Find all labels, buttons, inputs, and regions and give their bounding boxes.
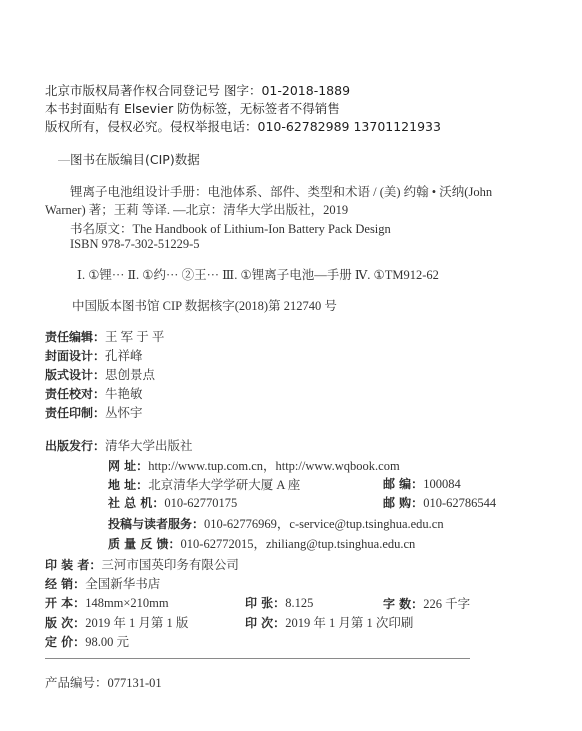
staff-label: 封面设计： xyxy=(45,349,105,363)
staff-label: 责任校对： xyxy=(45,387,105,401)
reader-service-label: 投稿与读者服务： xyxy=(108,517,204,531)
staff-proofreader: 责任校对：牛艳敏 xyxy=(45,384,143,403)
format-label: 开 本： xyxy=(45,596,85,610)
price-row: 定 价：98.00 元 xyxy=(45,632,129,651)
address-row: 地 址：北京清华大学学研大厦 A 座 xyxy=(108,475,300,494)
staff-label: 责任编辑： xyxy=(45,330,105,344)
printer-label: 印 装 者： xyxy=(45,558,101,572)
reader-service-row: 投稿与读者服务：010-62776969，c-service@tup.tsing… xyxy=(108,514,444,533)
words-row: 字 数：226 千字 xyxy=(383,594,470,613)
postcode-row: 邮 编：100084 xyxy=(383,475,461,493)
staff-label: 责任印制： xyxy=(45,406,105,420)
staff-layout-design: 版式设计：思创景点 xyxy=(45,365,155,384)
impression-value: 2019 年 1 月第 1 次印刷 xyxy=(285,616,413,630)
isbn: ISBN 978-7-302-51229-5 xyxy=(70,237,200,252)
product-number: 产品编号：077131-01 xyxy=(45,673,162,691)
postcode-value: 100084 xyxy=(423,477,461,491)
staff-value: 思创景点 xyxy=(105,368,155,382)
edition-value: 2019 年 1 月第 1 版 xyxy=(85,616,188,630)
postcode-label: 邮 编： xyxy=(383,477,423,491)
mail-order-row: 邮 购：010-62786544 xyxy=(383,494,496,512)
sheets-label: 印 张： xyxy=(245,596,285,610)
printer-row: 印 装 者：三河市国英印务有限公司 xyxy=(45,555,239,574)
price-label: 定 价： xyxy=(45,635,85,649)
classification: Ⅰ. ①锂··· Ⅱ. ①约··· ②王··· Ⅲ. ①锂离子电池—手册 Ⅳ. … xyxy=(77,265,439,283)
piracy-report-line: 版权所有，侵权必究。侵权举报电话：010-62782989 1370112193… xyxy=(45,117,441,135)
sheets-value: 8.125 xyxy=(285,596,313,610)
publisher-name: 清华大学出版社 xyxy=(105,439,193,453)
cip-number: 中国版本图书馆 CIP 数据核字(2018)第 212740 号 xyxy=(72,296,337,314)
anti-counterfeit-notice: 本书封面贴有 Elsevier 防伪标签，无标签者不得销售 xyxy=(45,99,340,117)
cip-entry-line1: 锂离子电池组设计手册：电池体系、部件、类型和术语 / (美) 约翰 • 沃纳(J… xyxy=(70,182,492,200)
website-row: 网 址：http://www.tup.com.cn，http://www.wqb… xyxy=(108,456,400,475)
distributor-value: 全国新华书店 xyxy=(85,577,160,591)
publisher-label: 出版发行： xyxy=(45,439,105,453)
staff-value: 牛艳敏 xyxy=(105,387,143,401)
switchboard-label: 社 总 机： xyxy=(108,496,164,510)
feedback-row: 质 量 反 馈：010-62772015，zhiliang@tup.tsingh… xyxy=(108,534,415,553)
sheets-row: 印 张：8.125 xyxy=(245,594,313,612)
format-value: 148mm×210mm xyxy=(85,596,168,610)
edition-row: 版 次：2019 年 1 月第 1 版 xyxy=(45,613,188,632)
distributor-label: 经 销： xyxy=(45,577,85,591)
feedback-label: 质 量 反 馈： xyxy=(108,537,181,551)
staff-label: 版式设计： xyxy=(45,368,105,382)
address-label: 地 址： xyxy=(108,478,148,492)
price-value: 98.00 元 xyxy=(85,635,129,649)
staff-print-manager: 责任印制：丛怀宇 xyxy=(45,403,143,422)
staff-editor: 责任编辑：王 军 于 平 xyxy=(45,327,164,346)
mail-order-label: 邮 购： xyxy=(383,496,423,510)
words-value: 226 千字 xyxy=(423,597,470,611)
format-row: 开 本：148mm×210mm xyxy=(45,594,169,612)
original-title: 书名原文：The Handbook of Lithium-Ion Battery… xyxy=(70,219,391,237)
address-value: 北京清华大学学研大厦 A 座 xyxy=(148,478,300,492)
cip-title: 图书在版编目(CIP)数据 xyxy=(70,150,200,168)
publisher-row: 出版发行：清华大学出版社 xyxy=(45,436,193,455)
switchboard-row: 社 总 机：010-62770175 xyxy=(108,494,237,512)
staff-value: 丛怀宇 xyxy=(105,406,143,420)
staff-value: 孔祥峰 xyxy=(105,349,143,363)
impression-row: 印 次：2019 年 1 月第 1 次印刷 xyxy=(245,613,413,632)
copyright-registration: 北京市版权局著作权合同登记号 图字：01-2018-1889 xyxy=(45,81,350,99)
website-value[interactable]: http://www.tup.com.cn，http://www.wqbook.… xyxy=(148,459,399,473)
staff-value: 王 军 于 平 xyxy=(105,330,164,344)
feedback-value[interactable]: 010-62772015，zhiliang@tup.tsinghua.edu.c… xyxy=(181,537,416,551)
website-label: 网 址： xyxy=(108,459,148,473)
mail-order-value: 010-62786544 xyxy=(423,496,496,510)
distributor-row: 经 销：全国新华书店 xyxy=(45,574,160,593)
reader-service-value[interactable]: 010-62776969，c-service@tup.tsinghua.edu.… xyxy=(204,517,444,531)
edition-label: 版 次： xyxy=(45,616,85,630)
staff-cover-design: 封面设计：孔祥峰 xyxy=(45,346,143,365)
switchboard-value: 010-62770175 xyxy=(164,496,237,510)
cip-dash-mark xyxy=(58,160,70,161)
impression-label: 印 次： xyxy=(245,616,285,630)
words-label: 字 数： xyxy=(383,597,423,611)
printer-value: 三河市国英印务有限公司 xyxy=(101,558,239,572)
cip-entry-line2: Warner) 著；王莉 等译. —北京：清华大学出版社，2019 xyxy=(45,200,348,218)
divider-rule xyxy=(45,658,470,659)
